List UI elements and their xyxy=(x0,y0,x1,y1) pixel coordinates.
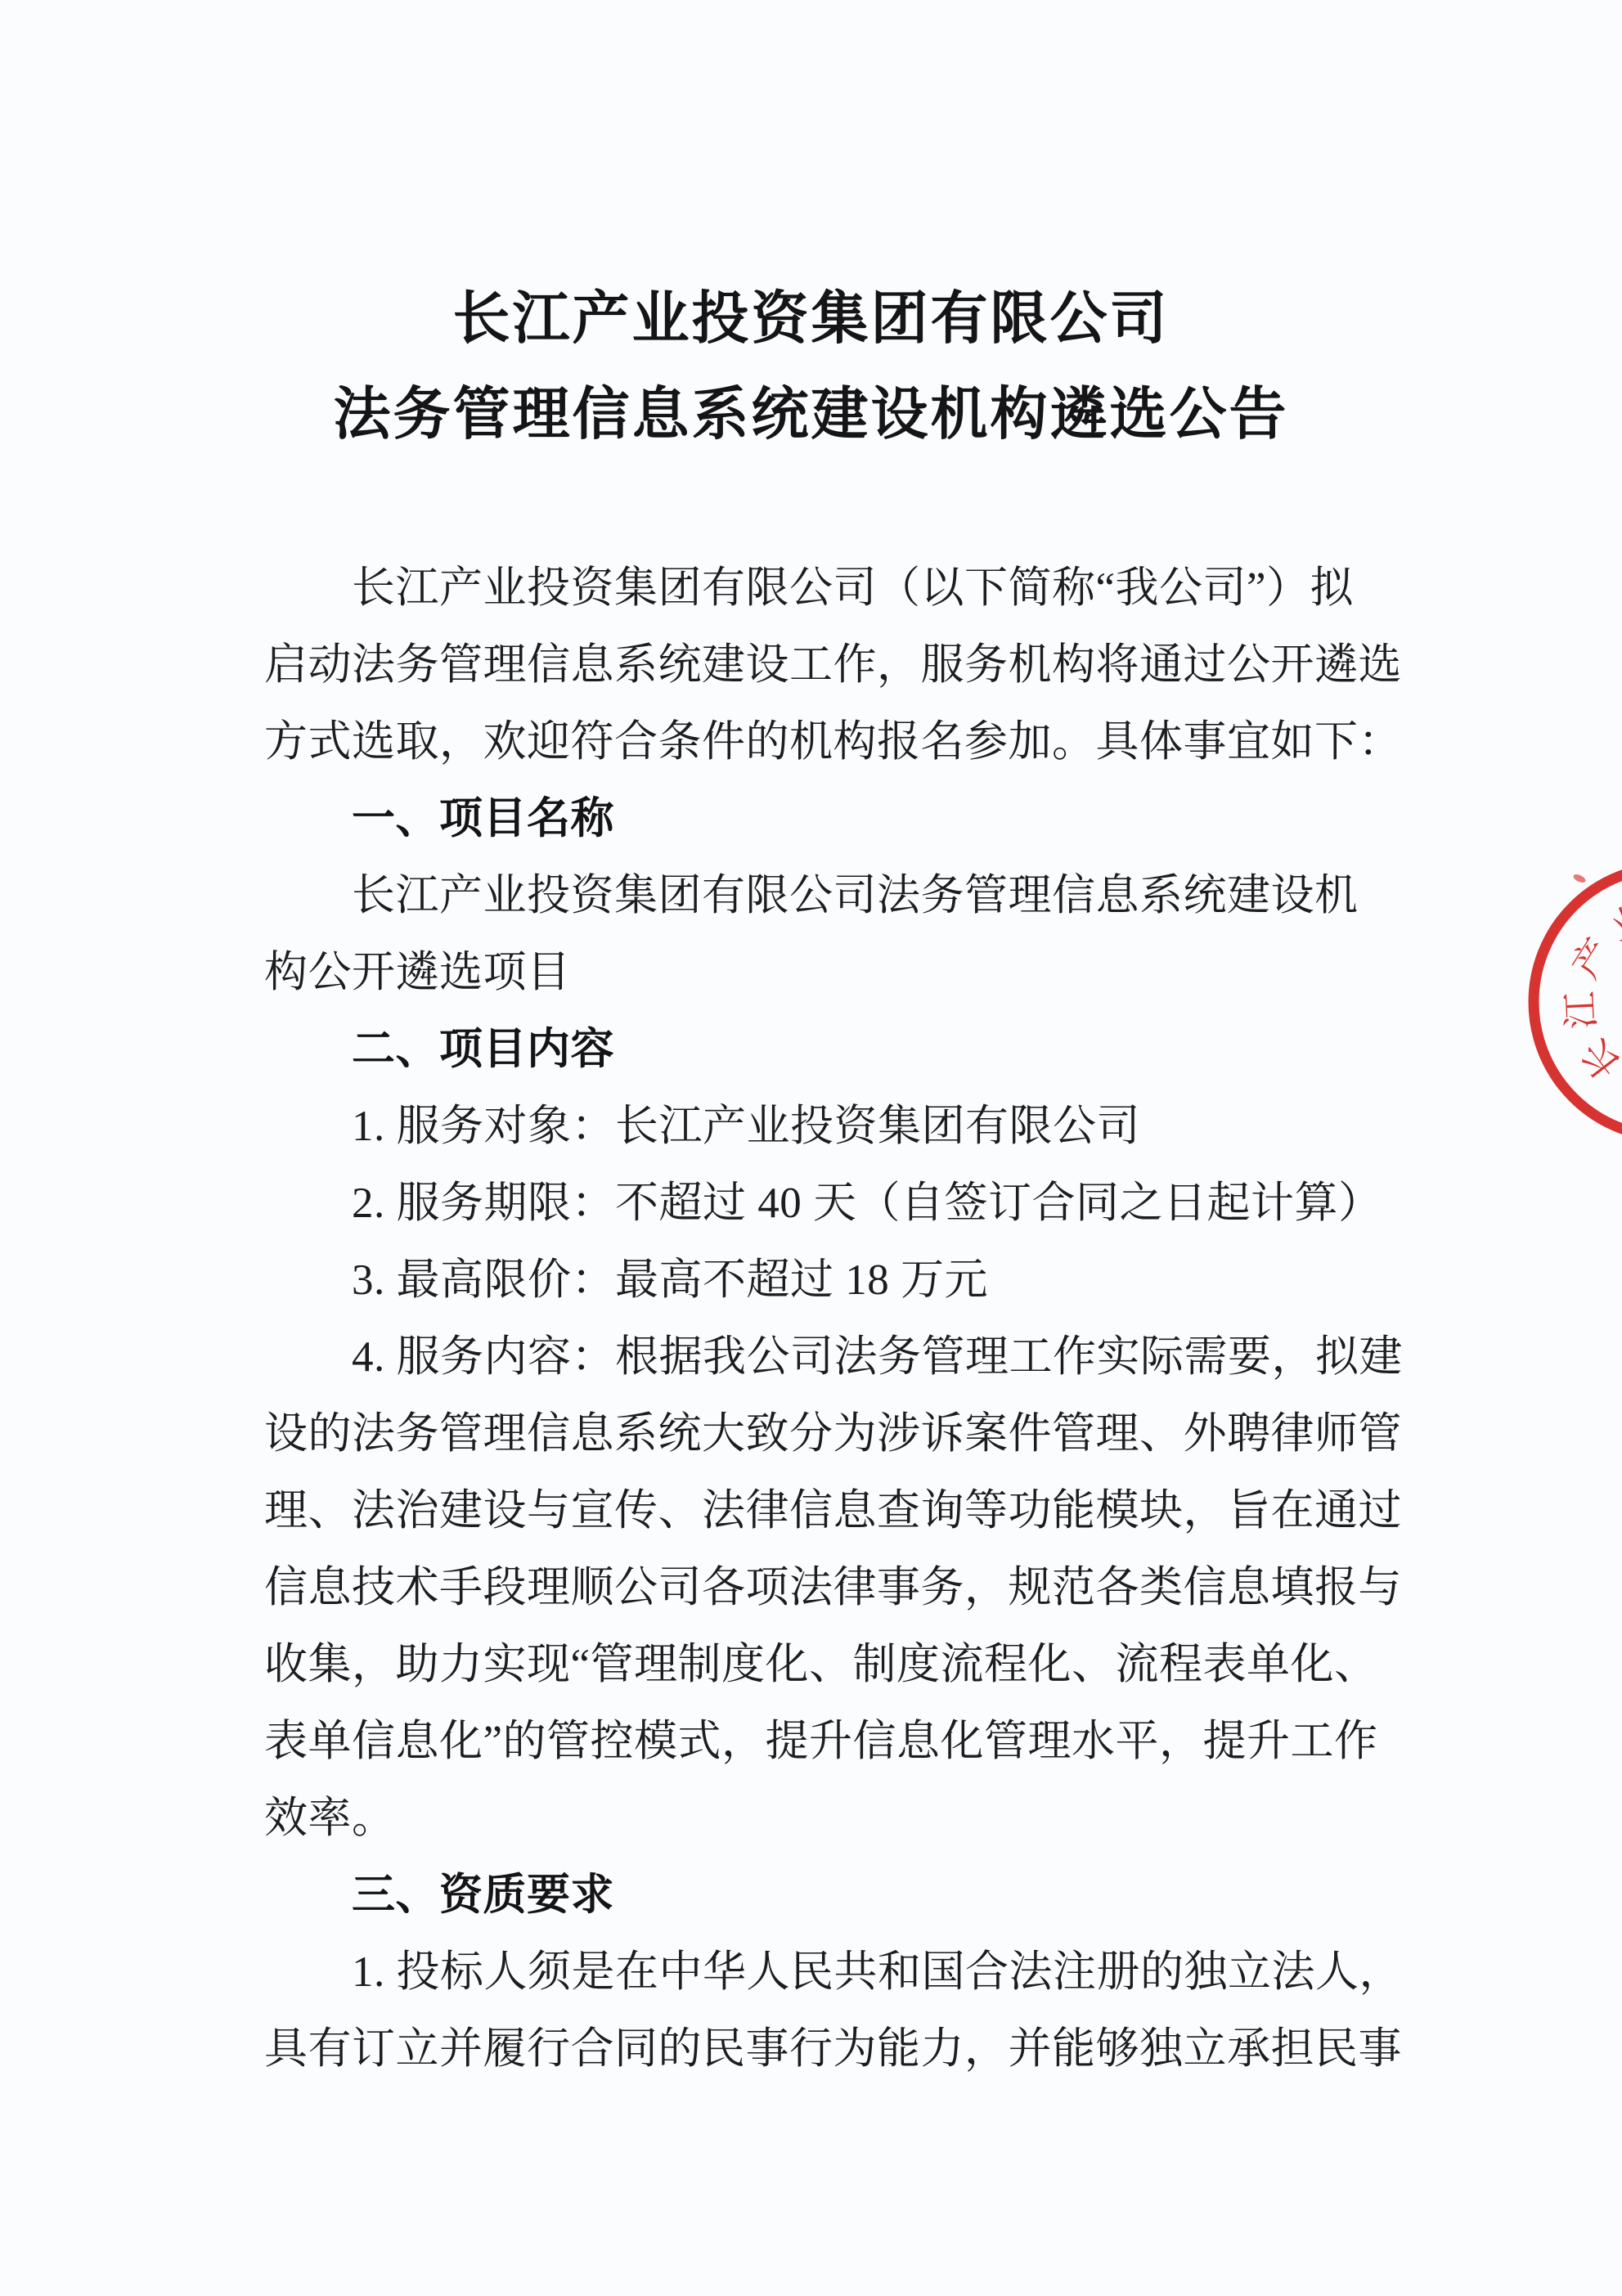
text-line: 收集，助力实现“管理制度化、制度流程化、流程表单化、 xyxy=(264,1626,1409,1703)
text-line: 方式选取，欢迎符合条件的机构报名参加。具体事宜如下： xyxy=(264,703,1409,780)
seal-text: 长江产业投资集团 xyxy=(1559,891,1622,1086)
document-title-line-2: 法务管理信息系统建设机构遴选公告 xyxy=(0,382,1622,446)
text-line: 表单信息化”的管控模式，提升信息化管理水平，提升工作 xyxy=(264,1703,1409,1780)
text-line: 构公开遴选项目 xyxy=(264,934,1409,1011)
text-line: 具有订立并履行合同的民事行为能力，并能够独立承担民事 xyxy=(264,2011,1409,2087)
list-item-price-limit: 3. 最高限价：最高不超过 18 万元 xyxy=(264,1242,1409,1319)
list-item-service-period: 2. 服务期限：不超过 40 天（自签订合同之日起计算） xyxy=(264,1165,1409,1242)
scanned-document-page: 长江产业投资集团有限公司 法务管理信息系统建设机构遴选公告 长江产业投资集团有限… xyxy=(0,0,1622,2296)
section-heading-qualification: 三、资质要求 xyxy=(264,1857,1409,1934)
document-body: 长江产业投资集团有限公司（以下简称“我公司”）拟 启动法务管理信息系统建设工作，… xyxy=(264,550,1409,2087)
text-line: 启动法务管理信息系统建设工作，服务机构将通过公开遴选 xyxy=(264,627,1409,703)
text-line: 理、法治建设与宣传、法律信息查询等功能模块，旨在通过 xyxy=(264,1472,1409,1549)
list-item-service-content: 4. 服务内容：根据我公司法务管理工作实际需要，拟建 xyxy=(264,1319,1409,1395)
list-item-bidder-requirement: 1. 投标人须是在中华人民共和国合法注册的独立法人， xyxy=(264,1934,1409,2011)
text-line: 设的法务管理信息系统大致分为涉诉案件管理、外聘律师管 xyxy=(264,1395,1409,1472)
list-item-service-target: 1. 服务对象：长江产业投资集团有限公司 xyxy=(264,1088,1409,1165)
text-line: 效率。 xyxy=(264,1780,1409,1857)
document-title-line-1: 长江产业投资集团有限公司 xyxy=(0,286,1622,350)
section-heading-project-content: 二、项目内容 xyxy=(264,1011,1409,1088)
text-line: 长江产业投资集团有限公司（以下简称“我公司”）拟 xyxy=(264,550,1409,627)
text-line: 长江产业投资集团有限公司法务管理信息系统建设机 xyxy=(264,857,1409,934)
text-line: 信息技术手段理顺公司各项法律事务，规范各类信息填报与 xyxy=(264,1549,1409,1626)
seal-ring xyxy=(1534,867,1622,1137)
seal-ink-speck xyxy=(1572,873,1587,884)
section-heading-project-name: 一、项目名称 xyxy=(264,780,1409,857)
